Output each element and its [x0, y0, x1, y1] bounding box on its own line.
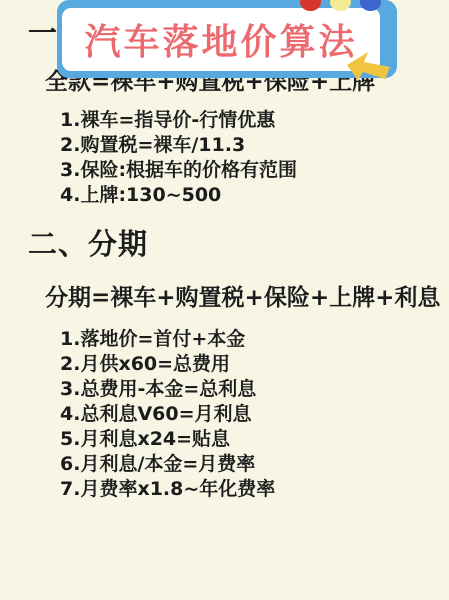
- banner-card: 汽车落地价算法: [62, 8, 380, 71]
- arrow-icon: [344, 51, 392, 81]
- section-1-list: 1.裸车=指导价-行情优惠 2.购置税=裸车/11.3 3.保险:根据车的价格有…: [60, 108, 449, 208]
- title-banner: 汽车落地价算法: [0, 0, 449, 82]
- list-item: 1.裸车=指导价-行情优惠: [60, 108, 449, 133]
- list-item: 2.购置税=裸车/11.3: [60, 133, 449, 158]
- page-title: 汽车落地价算法: [84, 14, 357, 65]
- list-item: 6.月利息/本金=月费率: [60, 452, 449, 477]
- list-item: 7.月费率x1.8~年化费率: [60, 477, 449, 502]
- list-item: 3.总费用-本金=总利息: [60, 377, 449, 402]
- list-item: 4.总利息V60=月利息: [60, 402, 449, 427]
- list-item: 3.保险:根据车的价格有范围: [60, 158, 449, 183]
- section-2-formula: 分期=裸车+购置税+保险+上牌+利息: [45, 283, 449, 313]
- section-2-heading: 二、分期: [28, 227, 449, 261]
- infographic-page: 汽车落地价算法 一、全款 全款=裸车+购置税+保险+上牌 1.裸车=指导价-行情…: [0, 0, 449, 600]
- list-item: 4.上牌:130~500: [60, 183, 449, 208]
- list-item: 5.月利息x24=贴息: [60, 427, 449, 452]
- section-2-list: 1.落地价=首付+本金 2.月供x60=总费用 3.总费用-本金=总利息 4.总…: [60, 327, 449, 502]
- list-item: 2.月供x60=总费用: [60, 352, 449, 377]
- list-item: 1.落地价=首付+本金: [60, 327, 449, 352]
